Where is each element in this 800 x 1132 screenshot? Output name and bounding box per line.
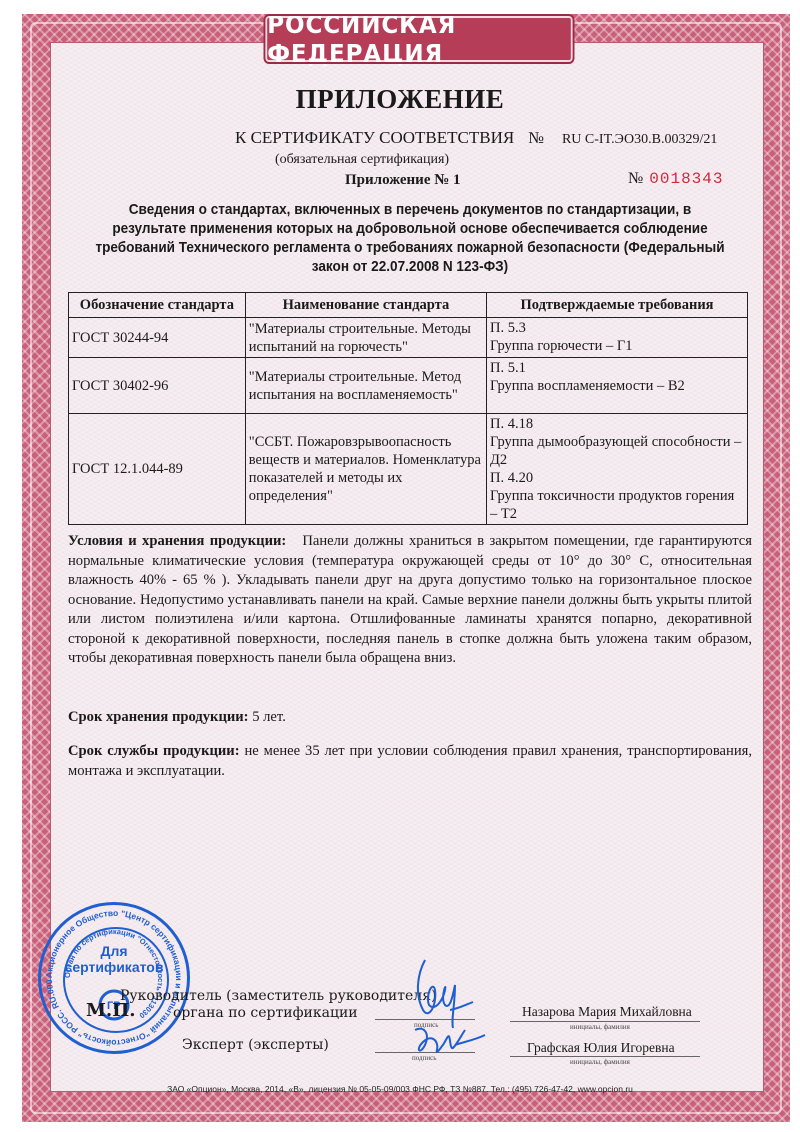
head-label-2: органа по сертификации [173,1005,358,1021]
requirement-line: П. 4.18 [490,415,744,433]
service-life: Срок службы продукции: не менее 35 лет п… [68,742,752,781]
requirement-line: П. 5.1 [490,359,744,377]
head-name: Назарова Мария Михайловна [522,1004,692,1020]
page-title: ПРИЛОЖЕНИЕ [0,84,800,115]
shelf-life-label: Срок хранения продукции: [68,709,249,725]
standard-name: "Материалы строительные. Метод испытания… [245,358,486,414]
country-banner: РОССИЙСКАЯ ФЕДЕРАЦИЯ [265,16,572,62]
requirement-line: П. 4.20 [490,469,744,487]
serial-value: 0018343 [649,170,723,188]
certificate-label: К СЕРТИФИКАТУ СООТВЕТСТВИЯ [235,128,514,148]
column-header-requirements: Подтверждаемые требования [486,293,747,318]
requirement-line: Группа дымообразующей способности – Д2 [490,433,744,469]
requirement-line: Группа горючести – Г1 [490,337,744,355]
requirement-line: Группа токсичности продуктов горения – Т… [490,487,744,523]
confirmed-requirements: П. 5.1Группа воспламеняемости – В2 [486,358,747,414]
table-row: ГОСТ 30402-96"Материалы строительные. Ме… [69,358,748,414]
expert-label: Эксперт (эксперты) [182,1037,329,1053]
appendix-number: Приложение № 1 [345,172,461,189]
table-row: ГОСТ 30244-94"Материалы строительные. Ме… [69,318,748,358]
storage-label: Условия и хранения продукции: [68,533,286,549]
certification-stamp: Акционерное Общество "Центр сертификации… [38,902,190,1054]
serial-number: № 0018343 [628,170,723,188]
standard-name: "Материалы строительные. Методы испытани… [245,318,486,358]
column-header-name: Наименование стандарта [245,293,486,318]
intro-paragraph: Сведения о стандартах, включенных в пере… [94,201,726,277]
standard-name: "ССБТ. Пожаровзрывоопасность веществ и м… [245,414,486,525]
head-name-line [510,1021,700,1022]
column-header-designation: Обозначение стандарта [69,293,246,318]
certificate-line: К СЕРТИФИКАТУ СООТВЕТСТВИЯ № RU C-IT.ЭО3… [235,128,717,148]
number-sign: № [528,128,544,148]
shelf-life-value: 5 лет. [252,709,286,725]
stamp-line-2: сертификатов [41,959,187,975]
seal-place-label: М.П. [86,1000,135,1021]
expert-name-caption: инициалы, фамилия [570,1058,630,1066]
printer-footer: ЗАО «Опцион», Москва, 2014, «В», лицензи… [0,1084,800,1094]
confirmed-requirements: П. 5.3Группа горючести – Г1 [486,318,747,358]
head-label: Руководитель (заместитель руководителя) [120,988,436,1004]
standards-table: Обозначение стандарта Наименование станд… [68,292,748,525]
standard-designation: ГОСТ 30402-96 [69,358,246,414]
confirmed-requirements: П. 4.18Группа дымообразующей способности… [486,414,747,525]
requirement-line: П. 5.3 [490,319,744,337]
standard-designation: ГОСТ 12.1.044-89 [69,414,246,525]
standard-designation: ГОСТ 30244-94 [69,318,246,358]
expert-name-line [510,1056,700,1057]
storage-text: Панели должны храниться в закрытом помещ… [68,533,752,666]
certificate-number: RU C-IT.ЭО30.B.00329/21 [562,132,717,148]
table-header-row: Обозначение стандарта Наименование станд… [69,293,748,318]
stamp-line-1: Для [41,943,187,959]
storage-conditions: Условия и хранения продукции: Панели дол… [68,532,752,669]
head-name-caption: инициалы, фамилия [570,1023,630,1031]
stamp-center-text: Для сертификатов [41,943,187,975]
service-life-label: Срок службы продукции: [68,743,240,759]
mandatory-certification-note: (обязательная сертификация) [275,152,449,168]
requirement-line: Группа воспламеняемости – В2 [490,377,744,395]
table-row: ГОСТ 12.1.044-89"ССБТ. Пожаровзрывоопасн… [69,414,748,525]
shelf-life: Срок хранения продукции: 5 лет. [68,708,752,728]
serial-sign: № [628,170,643,188]
expert-name: Графская Юлия Игоревна [527,1040,675,1056]
handwritten-signatures [395,950,490,1070]
